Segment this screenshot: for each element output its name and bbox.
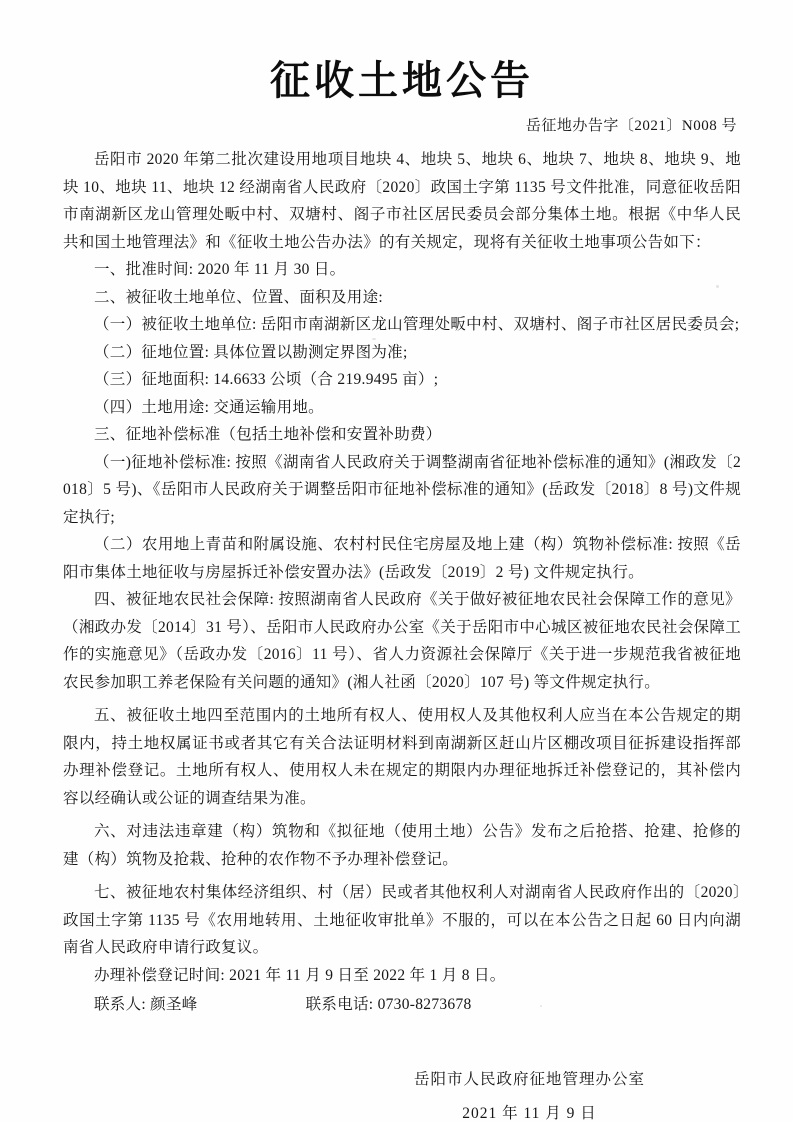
item-illegal-structures: 六、对违法违章建（构）筑物和《拟征地（使用土地）公告》发布之后抢搭、抢建、抢修的… bbox=[63, 818, 741, 873]
document-title: 征收土地公告 bbox=[63, 58, 741, 104]
signature-date: 2021 年 11 月 9 日 bbox=[414, 1101, 645, 1122]
item-land-unit: （一）被征收土地单位: 岳阳市南湖新区龙山管理处畈中村、双塘村、阁子市社区居民委… bbox=[63, 311, 741, 339]
scan-speckle bbox=[540, 1005, 542, 1007]
item-land-location: （二）征地位置: 具体位置以勘测定界图为准; bbox=[63, 339, 741, 367]
scan-speckle bbox=[372, 338, 376, 340]
item-social-security: 四、被征地农民社会保障: 按照湖南省人民政府《关于做好被征地农民社会保障工作的意… bbox=[63, 586, 741, 696]
contact-person: 联系人: 颜圣峰 bbox=[94, 991, 198, 1019]
item-land-area: （三）征地面积: 14.6633 公顷（合 219.9495 亩）; bbox=[63, 366, 741, 394]
item-approval-time: 一、批准时间: 2020 年 11 月 30 日。 bbox=[63, 256, 741, 284]
item-registration-requirement: 五、被征收土地四至范围内的土地所有权人、使用权人及其他权利人应当在本公告规定的期… bbox=[63, 702, 741, 812]
signature-block: 岳阳市人民政府征地管理办公室 2021 年 11 月 9 日 bbox=[414, 1067, 645, 1122]
contact-phone: 联系电话: 0730-8273678 bbox=[306, 991, 472, 1019]
document-body: 岳阳市 2020 年第二批次建设用地项目地块 4、地块 5、地块 6、地块 7、… bbox=[63, 146, 741, 989]
document-number: 岳征地办告字〔2021〕N008 号 bbox=[63, 114, 737, 138]
contact-line: 联系人: 颜圣峰 联系电话: 0730-8273678 bbox=[63, 991, 741, 1019]
item-land-info-heading: 二、被征收土地单位、位置、面积及用途: bbox=[63, 284, 741, 312]
document-page: 征收土地公告 岳征地办告字〔2021〕N008 号 岳阳市 2020 年第二批次… bbox=[0, 0, 793, 1122]
item-compensation-heading: 三、征地补偿标准（包括土地补偿和安置补助费） bbox=[63, 421, 741, 449]
para-intro: 岳阳市 2020 年第二批次建设用地项目地块 4、地块 5、地块 6、地块 7、… bbox=[63, 146, 741, 256]
item-structures-compensation: （二）农用地上青苗和附属设施、农村村民住宅房屋及地上建（构）筑物补偿标准: 按照… bbox=[63, 531, 741, 586]
item-compensation-standard: （一)征地补偿标准: 按照《湖南省人民政府关于调整湖南省征地补偿标准的通知》(湘… bbox=[63, 449, 741, 532]
item-administrative-review: 七、被征地农村集体经济组织、村（居）民或者其他权利人对湖南省人民政府作出的〔20… bbox=[63, 879, 741, 962]
item-registration-time: 办理补偿登记时间: 2021 年 11 月 9 日至 2022 年 1 月 8 … bbox=[63, 962, 741, 990]
scan-speckle bbox=[716, 285, 719, 288]
signature-organization: 岳阳市人民政府征地管理办公室 bbox=[414, 1067, 645, 1093]
item-land-use: （四）土地用途: 交通运输用地。 bbox=[63, 394, 741, 422]
scan-speckle bbox=[689, 620, 691, 622]
